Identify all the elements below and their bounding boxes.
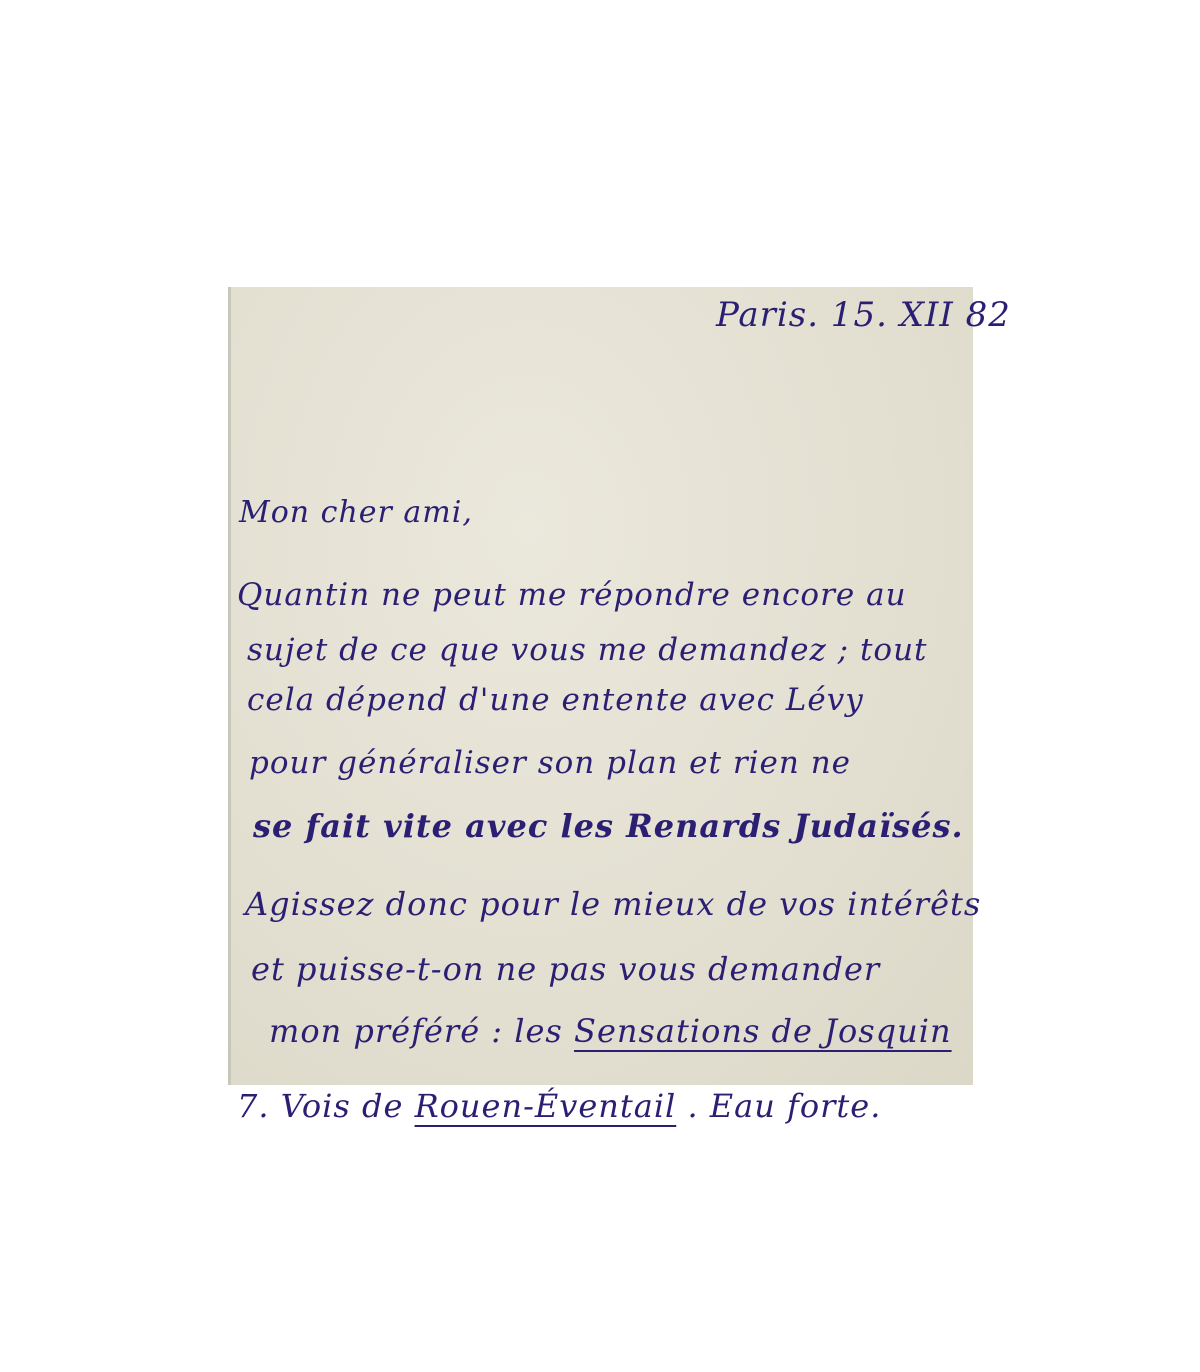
line-9-prefix: 7. Vois de [237,1087,415,1125]
letter-line-5: se fait vite avec les Renards Judaïsés. [253,807,964,845]
letter-line-3: cela dépend d'une entente avec Lévy [247,682,864,718]
letter-line-7: et puisse-t-on ne pas vous demander [251,950,880,988]
letter-page: Paris. 15. XII 82 Mon cher ami, Quantin … [228,287,973,1085]
letter-date: Paris. 15. XII 82 [716,295,1011,335]
letter-line-8: mon préféré : les Sensations de Josquin [269,1012,952,1050]
letter-line-1: Quantin ne peut me répondre encore au [237,577,907,613]
underlined-title-sensations: Sensations de Josquin [574,1012,952,1050]
line-8-prefix: mon préféré : les [269,1012,574,1050]
letter-line-2: sujet de ce que vous me demandez ; tout [247,632,928,668]
line-9-suffix: . Eau forte. [676,1087,881,1125]
letter-line-9: 7. Vois de Rouen-Éventail . Eau forte. [237,1087,881,1125]
underlined-title-rouen: Rouen-Éventail [415,1087,677,1125]
letter-line-4: pour généraliser son plan et rien ne [249,745,851,781]
letter-salutation: Mon cher ami, [239,495,473,530]
letter-line-6: Agissez donc pour le mieux de vos intérê… [245,885,981,923]
